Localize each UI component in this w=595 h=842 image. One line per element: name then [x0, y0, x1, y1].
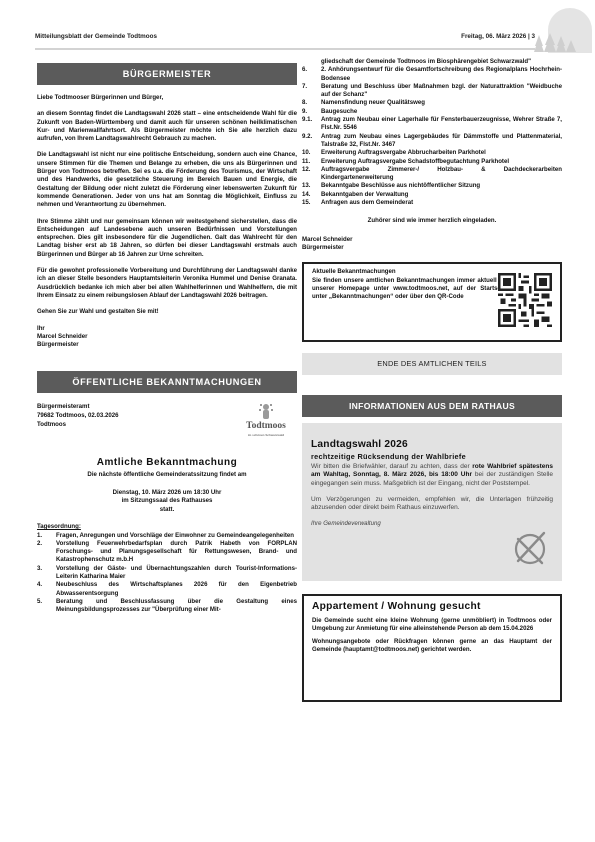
agenda-item-text: Anfragen aus dem Gemeinderat [321, 199, 562, 207]
paragraph: Gehen Sie zur Wahl und gestalten Sie mit… [37, 308, 297, 316]
agenda-item-text: Bekanntgaben der Verwaltung [321, 191, 562, 199]
agenda-list: 1.Fragen, Anregungen und Vorschläge der … [37, 532, 297, 615]
announcement-info-box: Aktuelle Bekanntmachungen Sie finden uns… [302, 262, 562, 342]
agenda-item-text: Beratung und Beschluss über Maßnahmen bz… [321, 83, 562, 100]
paragraph: Die Landtagswahl ist nicht nur eine poli… [37, 151, 297, 209]
agenda-item-text: Antrag zum Neubau eines Lagergebäudes fü… [321, 133, 562, 150]
info-text: Aktuelle Bekanntmachungen Sie finden uns… [312, 268, 508, 301]
signer-role: Bürgermeister [37, 341, 297, 349]
agenda-item: 12.Auftragsvergabe Zimmerer-/ Holzbau- &… [302, 166, 562, 183]
closing: Ihr [37, 325, 297, 333]
agenda-item: 9.2.Antrag zum Neubau eines Lagergebäude… [302, 133, 562, 150]
agenda-item-number: 9.2. [302, 133, 321, 150]
landtagswahl-notice: Landtagswahl 2026 rechtzeitige Rücksendu… [302, 423, 562, 581]
landtagswahl-subtitle: rechtzeitige Rücksendung der Wahlbriefe [311, 453, 553, 461]
agenda-item-number: 12. [302, 166, 321, 183]
agenda-item-number: 9.1. [302, 116, 321, 133]
agenda-item: 2.Vorstellung Feuerwehrbedarfsplan durch… [37, 540, 297, 565]
agenda-item: 9.1.Antrag zum Neubau einer Lagerhalle f… [302, 116, 562, 133]
apartment-paragraph: Die Gemeinde sucht eine kleine Wohnung (… [312, 617, 552, 634]
agenda-item-text: Antrag zum Neubau einer Lagerhalle für F… [321, 116, 562, 133]
agenda-item-text: Neubeschluss des Wirtschaftsplanes 2026 … [56, 581, 297, 598]
info-body: Sie finden unsere amtlichen Bekanntmachu… [312, 277, 508, 302]
agenda-item-number: 13. [302, 182, 321, 190]
agenda-item: 7.Beratung und Beschluss über Maßnahmen … [302, 83, 562, 100]
signer-name: Marcel Schneider [302, 236, 562, 244]
agenda-item: 9.Baugesuche [302, 108, 562, 116]
paragraph: Für die gewohnt professionelle Vorbereit… [37, 267, 297, 300]
agenda-item-text: Erweiterung Auftragsvergabe Schadstoffbe… [321, 158, 562, 166]
agenda-item-text: Namensfindung neuer Qualitätsweg [321, 99, 562, 107]
apartment-title: Appartement / Wohnung gesucht [312, 603, 552, 611]
info-title: Aktuelle Bekanntmachungen [312, 268, 508, 276]
agenda-item: 3.Vorstellung der Gäste- und Übernachtun… [37, 565, 297, 582]
agenda-item-number: 2. [37, 540, 56, 565]
publication-title: Mitteilungsblatt der Gemeinde Todtmoos [35, 33, 157, 40]
landtagswahl-title: Landtagswahl 2026 [311, 441, 553, 449]
todtmoos-logo: Todtmoos im schönen Schwarzwald [237, 402, 295, 444]
signature: Marcel Schneider Bürgermeister [302, 236, 562, 253]
agenda-item: 15.Anfragen aus dem Gemeinderat [302, 199, 562, 207]
logo-wordmark: Todtmoos [237, 422, 295, 430]
agenda-item-number: 9. [302, 108, 321, 116]
meeting-datetime: Dienstag, 10. März 2026 um 18:30 Uhr im … [37, 489, 297, 514]
paragraph: an diesem Sonntag findet die Landtagswah… [37, 110, 297, 143]
landtagswahl-paragraph: Wir bitten die Briefwähler, darauf zu ac… [311, 463, 553, 489]
notice-title: Amtliche Bekanntmachung [37, 459, 297, 467]
left-column: BÜRGERMEISTER Liebe Todtmooser Bürgerinn… [37, 63, 297, 615]
agenda-item: 8.Namensfindung neuer Qualitätsweg [302, 99, 562, 107]
agenda-item-text: Auftragsvergabe Zimmerer-/ Holzbau- & Da… [321, 166, 562, 183]
logo-tagline: im schönen Schwarzwald [237, 431, 295, 439]
agenda-item: 4.Neubeschluss des Wirtschaftsplanes 202… [37, 581, 297, 598]
greeting: Liebe Todtmooser Bürgerinnen und Bürger, [37, 94, 297, 102]
trees-logo-icon [530, 8, 592, 53]
agenda-item: 6.2. Anhörungsentwurf für die Gesamtfort… [302, 66, 562, 83]
agenda-title: Tagesordnung: [37, 523, 297, 531]
meeting-statt: statt. [37, 506, 297, 514]
agenda-item-text: Bekanntgabe Beschlüsse aus nichtöffentli… [321, 182, 562, 190]
agenda-item: 14.Bekanntgaben der Verwaltung [302, 191, 562, 199]
date-page: Freitag, 06. März 2026 | 3 [461, 33, 535, 40]
meeting-date: Dienstag, 10. März 2026 um 18:30 Uhr [37, 489, 297, 497]
agenda-item-text: Fragen, Anregungen und Vorschläge der Ei… [56, 532, 297, 540]
signer-role: Bürgermeister [302, 244, 562, 252]
agenda-item-number: 14. [302, 191, 321, 199]
notice-header: Bürgermeisteramt 79682 Todtmoos, 02.03.2… [37, 402, 297, 447]
signer-name: Marcel Schneider [37, 333, 297, 341]
agenda-item: 1.Fragen, Anregungen und Vorschläge der … [37, 532, 297, 540]
agenda-item-text: Vorstellung der Gäste- und Übernachtungs… [56, 565, 297, 582]
apartment-wanted-box: Appartement / Wohnung gesucht Die Gemein… [302, 594, 562, 702]
agenda-item-text: 2. Anhörungsentwurf für die Gesamtfortsc… [321, 66, 562, 83]
agenda-item-number: 11. [302, 158, 321, 166]
agenda-item: 5.Beratung und Beschlussfassung über die… [37, 598, 297, 615]
signature: Ihr Marcel Schneider Bürgermeister [37, 325, 297, 350]
agenda-item-number: 10. [302, 149, 321, 157]
agenda-item-number: 6. [302, 66, 321, 83]
agenda-item-text: Vorstellung Feuerwehrbedarfsplan durch P… [56, 540, 297, 565]
agenda-item-number: 1. [37, 532, 56, 540]
coat-of-arms-icon [258, 402, 274, 422]
landtagswahl-paragraph: Um Verzögerungen zu vermeiden, empfehlen… [311, 496, 553, 513]
agenda-item-number: 8. [302, 99, 321, 107]
agenda-item: 10.Erweiterung Auftragsvergabe Abbruchar… [302, 149, 562, 157]
section-title-rathaus: INFORMATIONEN AUS DEM RATHAUS [302, 395, 562, 417]
notice-subtitle: Die nächste öffentliche Gemeinderatssitz… [37, 471, 297, 479]
page-header: Mitteilungsblatt der Gemeinde Todtmoos F… [35, 33, 535, 47]
agenda-item-text: Baugesuche [321, 108, 562, 116]
section-title-bekanntmachungen: ÖFFENTLICHE BEKANNTMACHUNGEN [37, 371, 297, 393]
qr-code-icon[interactable] [498, 273, 552, 327]
agenda-item-number: 3. [37, 565, 56, 582]
agenda-continuation: gliedschaft der Gemeinde Todtmoos im Bio… [302, 58, 562, 66]
right-column: gliedschaft der Gemeinde Todtmoos im Bio… [302, 58, 562, 702]
agenda-item: 13.Bekanntgabe Beschlüsse aus nichtöffen… [302, 182, 562, 190]
agenda-item-text: Erweiterung Auftragsvergabe Abbrucharbei… [321, 149, 562, 157]
paragraph: Ihre Stimme zählt und nur gemeinsam könn… [37, 218, 297, 259]
end-official-part-banner: ENDE DES AMTLICHEN TEILS [302, 353, 562, 375]
invitation: Zuhörer sind wie immer herzlich eingelad… [302, 217, 562, 225]
agenda-item-number: 7. [302, 83, 321, 100]
agenda-item-number: 5. [37, 598, 56, 615]
header-divider [35, 48, 535, 50]
apartment-contact: Wohnungsangebote oder Rückfragen können … [312, 638, 552, 655]
agenda-item: 11.Erweiterung Auftragsvergabe Schadstof… [302, 158, 562, 166]
meeting-location: im Sitzungssaal des Rathauses [37, 497, 297, 505]
section-title-buergermeister: BÜRGERMEISTER [37, 63, 297, 85]
agenda-list-continued: 6.2. Anhörungsentwurf für die Gesamtfort… [302, 66, 562, 207]
agenda-item-number: 15. [302, 199, 321, 207]
agenda-item-text: Beratung und Beschlussfassung über die G… [56, 598, 297, 615]
ballot-cross-icon [510, 527, 550, 567]
agenda-item-number: 4. [37, 581, 56, 598]
